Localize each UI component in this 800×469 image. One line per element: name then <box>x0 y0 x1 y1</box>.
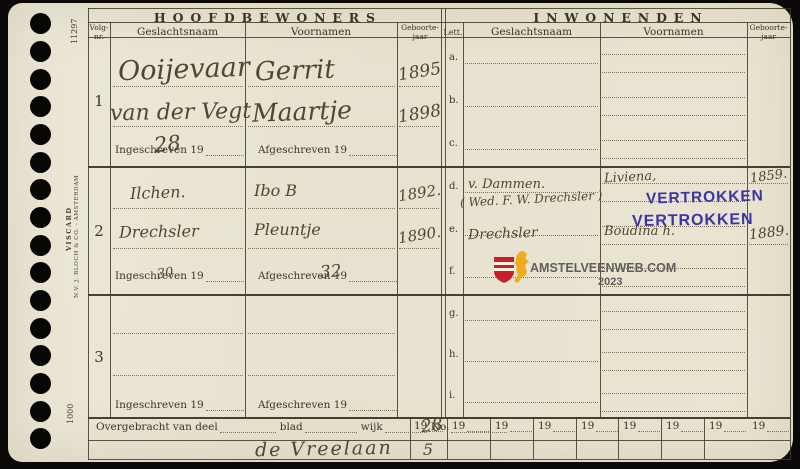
maker-name: N.V. J. BLOCH & CO. - AMSTERDAM <box>74 175 80 298</box>
writing-line <box>248 375 395 376</box>
year-prefix: 19 <box>495 420 508 432</box>
entry-surname: van der Vegt <box>110 99 252 126</box>
writing-line <box>465 277 598 278</box>
punch-hole <box>30 69 51 90</box>
writing-line <box>749 244 788 245</box>
row-number: 2 <box>90 222 108 240</box>
writing-line <box>113 375 243 376</box>
registration-card-scan: 11297 VISCARD N.V. J. BLOCH & CO. - AMST… <box>0 0 800 469</box>
rule-line <box>88 294 790 296</box>
punch-hole <box>30 428 51 449</box>
rule-line <box>88 8 89 460</box>
writing-line <box>602 370 745 371</box>
punch-hole <box>30 345 51 366</box>
vertrokken-stamp: VERTROKKEN <box>646 187 764 208</box>
row-letter: f. <box>449 266 456 277</box>
rule-line <box>576 417 577 459</box>
year-prefix: 19 <box>752 420 765 432</box>
writing-line <box>602 72 745 73</box>
year-cell: 19 <box>709 420 746 432</box>
year-cell: 19 <box>666 420 703 432</box>
dotted-blank <box>206 401 244 411</box>
writing-line <box>465 402 598 403</box>
writing-line <box>399 208 439 209</box>
dotted-blank <box>767 422 789 432</box>
writing-line <box>465 361 598 362</box>
row-letter: b. <box>449 95 459 106</box>
dotted-blank <box>349 401 397 411</box>
dotted-blank <box>206 272 244 282</box>
rule-line <box>533 417 534 459</box>
punch-hole <box>30 290 51 311</box>
afgeschreven-text: Afgeschreven 19 <box>258 144 347 156</box>
year-prefix: 19 <box>709 420 722 432</box>
year-cell: 19 <box>581 420 618 432</box>
year-prefix: 19 <box>452 420 465 432</box>
writing-line <box>602 54 745 55</box>
rule-line <box>790 8 791 460</box>
brand-name: VISCARD <box>65 206 73 251</box>
punch-hole <box>30 41 51 62</box>
writing-line <box>113 208 243 209</box>
writing-line <box>602 140 745 141</box>
rule-line <box>704 417 705 459</box>
rule-line <box>88 166 790 168</box>
punch-hole <box>30 262 51 283</box>
afgeschreven-text: Afgeschreven 19 <box>258 399 347 411</box>
dotted-blank <box>206 146 244 156</box>
writing-line <box>602 411 745 412</box>
row-letter: c. <box>449 138 458 149</box>
col-header-surname: Geslachtsnaam <box>463 26 600 38</box>
row-letter: g. <box>449 308 459 319</box>
dotted-blank <box>638 422 660 432</box>
afgeschreven-year-written: 32 <box>319 261 342 283</box>
entry-firstnames: Liviena, <box>604 169 657 187</box>
wijk-label: wijk <box>361 421 383 433</box>
house-number-written: 5 <box>412 440 444 459</box>
entry-firstnames: Gerrit <box>255 55 336 88</box>
ingeschreven-year-written: 28 <box>153 131 182 158</box>
dotted-blank <box>724 422 746 432</box>
afgeschreven-label: Afgeschreven 19 <box>258 144 397 156</box>
writing-line <box>399 248 439 249</box>
section-title-hoofdbewoners: HOOFDBEWONERS <box>88 10 441 25</box>
punch-hole <box>30 179 51 200</box>
transfer-year-written: 28 <box>420 415 444 437</box>
ingeschreven-label: Ingeschreven 19 <box>115 399 244 411</box>
punch-hole <box>30 401 51 422</box>
entry-surname: Ooijevaar <box>117 52 250 88</box>
entry-surname: v. Dammen. <box>468 177 545 192</box>
dotted-blank <box>467 422 489 432</box>
writing-line <box>248 333 395 334</box>
dotted-blank <box>681 422 703 432</box>
writing-line <box>399 86 439 87</box>
entry-surname: Drechsler <box>468 225 538 243</box>
year-prefix: 19 <box>666 420 679 432</box>
entry-firstnames: Boudina h. <box>604 224 675 239</box>
entry-surname: Drechsler <box>119 221 199 241</box>
serial-number-top: 11297 <box>70 19 79 44</box>
ingeschreven-label: Ingeschreven 19 <box>115 270 244 282</box>
year-cell: 19 <box>452 420 489 432</box>
punch-hole <box>30 373 51 394</box>
writing-line <box>602 115 745 116</box>
col-header-firstnames: Voornamen <box>245 26 397 38</box>
col-header-birthyear: Geboorte-jaar <box>747 24 790 41</box>
dotted-blank <box>220 423 276 433</box>
row-number: 3 <box>90 348 108 366</box>
rule-line <box>88 459 790 460</box>
row-letter: d. <box>449 181 459 192</box>
col-header-firstnames: Voornamen <box>600 26 747 38</box>
ingeschreven-text: Ingeschreven 19 <box>115 399 204 411</box>
transfer-line: Overgebracht van deel blad wijk No. <box>96 421 507 433</box>
dotted-blank <box>349 272 397 282</box>
year-cell: 19 <box>495 420 532 432</box>
writing-line <box>113 248 243 249</box>
writing-line <box>248 208 395 209</box>
rule-line <box>463 22 464 417</box>
ingeschreven-year-written: 30 <box>156 265 174 282</box>
col-header-volgnr: Volg-nr. <box>88 24 110 41</box>
dotted-blank <box>553 422 575 432</box>
rule-line <box>397 22 398 417</box>
writing-line <box>248 248 395 249</box>
writing-line <box>465 149 598 150</box>
writing-line <box>602 329 745 330</box>
year-prefix: 19 <box>538 420 551 432</box>
entry-firstnames: Ibo B <box>254 181 297 200</box>
writing-line <box>113 333 243 334</box>
entry-firstnames: Pleuntje <box>254 220 321 239</box>
row-letter: h. <box>449 349 459 360</box>
year-prefix: 19 <box>581 420 594 432</box>
punch-hole <box>30 235 51 256</box>
row-letter: a. <box>449 52 458 63</box>
punch-hole <box>30 13 51 34</box>
serial-number-bottom: 1000 <box>66 404 75 424</box>
rule-line <box>600 22 601 417</box>
col-header-surname: Geslachtsnaam <box>110 26 245 38</box>
writing-line <box>465 63 598 64</box>
col-header-birthyear: Geboorte-jaar <box>399 24 441 41</box>
writing-line <box>602 286 745 287</box>
dotted-blank <box>349 146 397 156</box>
writing-line <box>602 393 745 394</box>
col-header-lett: Lett. <box>443 28 463 37</box>
rule-line <box>445 8 446 417</box>
year-cell: 19 <box>752 420 789 432</box>
dotted-blank <box>510 422 532 432</box>
writing-line <box>465 106 598 107</box>
row-letter: e. <box>449 224 458 235</box>
writing-line <box>602 352 745 353</box>
street-written: de Vreelaan <box>255 437 393 461</box>
row-number: 1 <box>90 92 108 110</box>
writing-line <box>602 244 745 245</box>
writing-line <box>465 320 598 321</box>
rule-line <box>110 22 111 417</box>
dotted-blank <box>305 423 357 433</box>
rule-line <box>88 8 790 9</box>
watermark-site: AMSTELVEENWEB.COM <box>530 261 676 275</box>
punch-hole <box>30 318 51 339</box>
watermark-year: 2023 <box>598 276 622 288</box>
entry-surname: Ilchen. <box>130 182 186 203</box>
row-letter: i. <box>449 390 455 401</box>
section-title-inwonenden: INWONENDEN <box>445 10 790 25</box>
lion-icon <box>512 250 530 284</box>
writing-line <box>602 311 745 312</box>
year-prefix: 19 <box>623 420 636 432</box>
punch-hole <box>30 152 51 173</box>
rule-line <box>661 417 662 459</box>
writing-line <box>602 97 745 98</box>
punch-hole <box>30 207 51 228</box>
blad-label: blad <box>280 421 303 433</box>
punch-hole <box>30 96 51 117</box>
punch-hole <box>30 124 51 145</box>
year-cell: 19 <box>623 420 660 432</box>
writing-line <box>113 126 243 127</box>
year-cell: 19 <box>538 420 575 432</box>
transfer-label: Overgebracht van deel <box>96 421 218 433</box>
afgeschreven-label: Afgeschreven 19 <box>258 399 397 411</box>
writing-line <box>602 158 745 159</box>
dotted-blank <box>596 422 618 432</box>
entry-firstnames: Maartje <box>252 95 353 127</box>
